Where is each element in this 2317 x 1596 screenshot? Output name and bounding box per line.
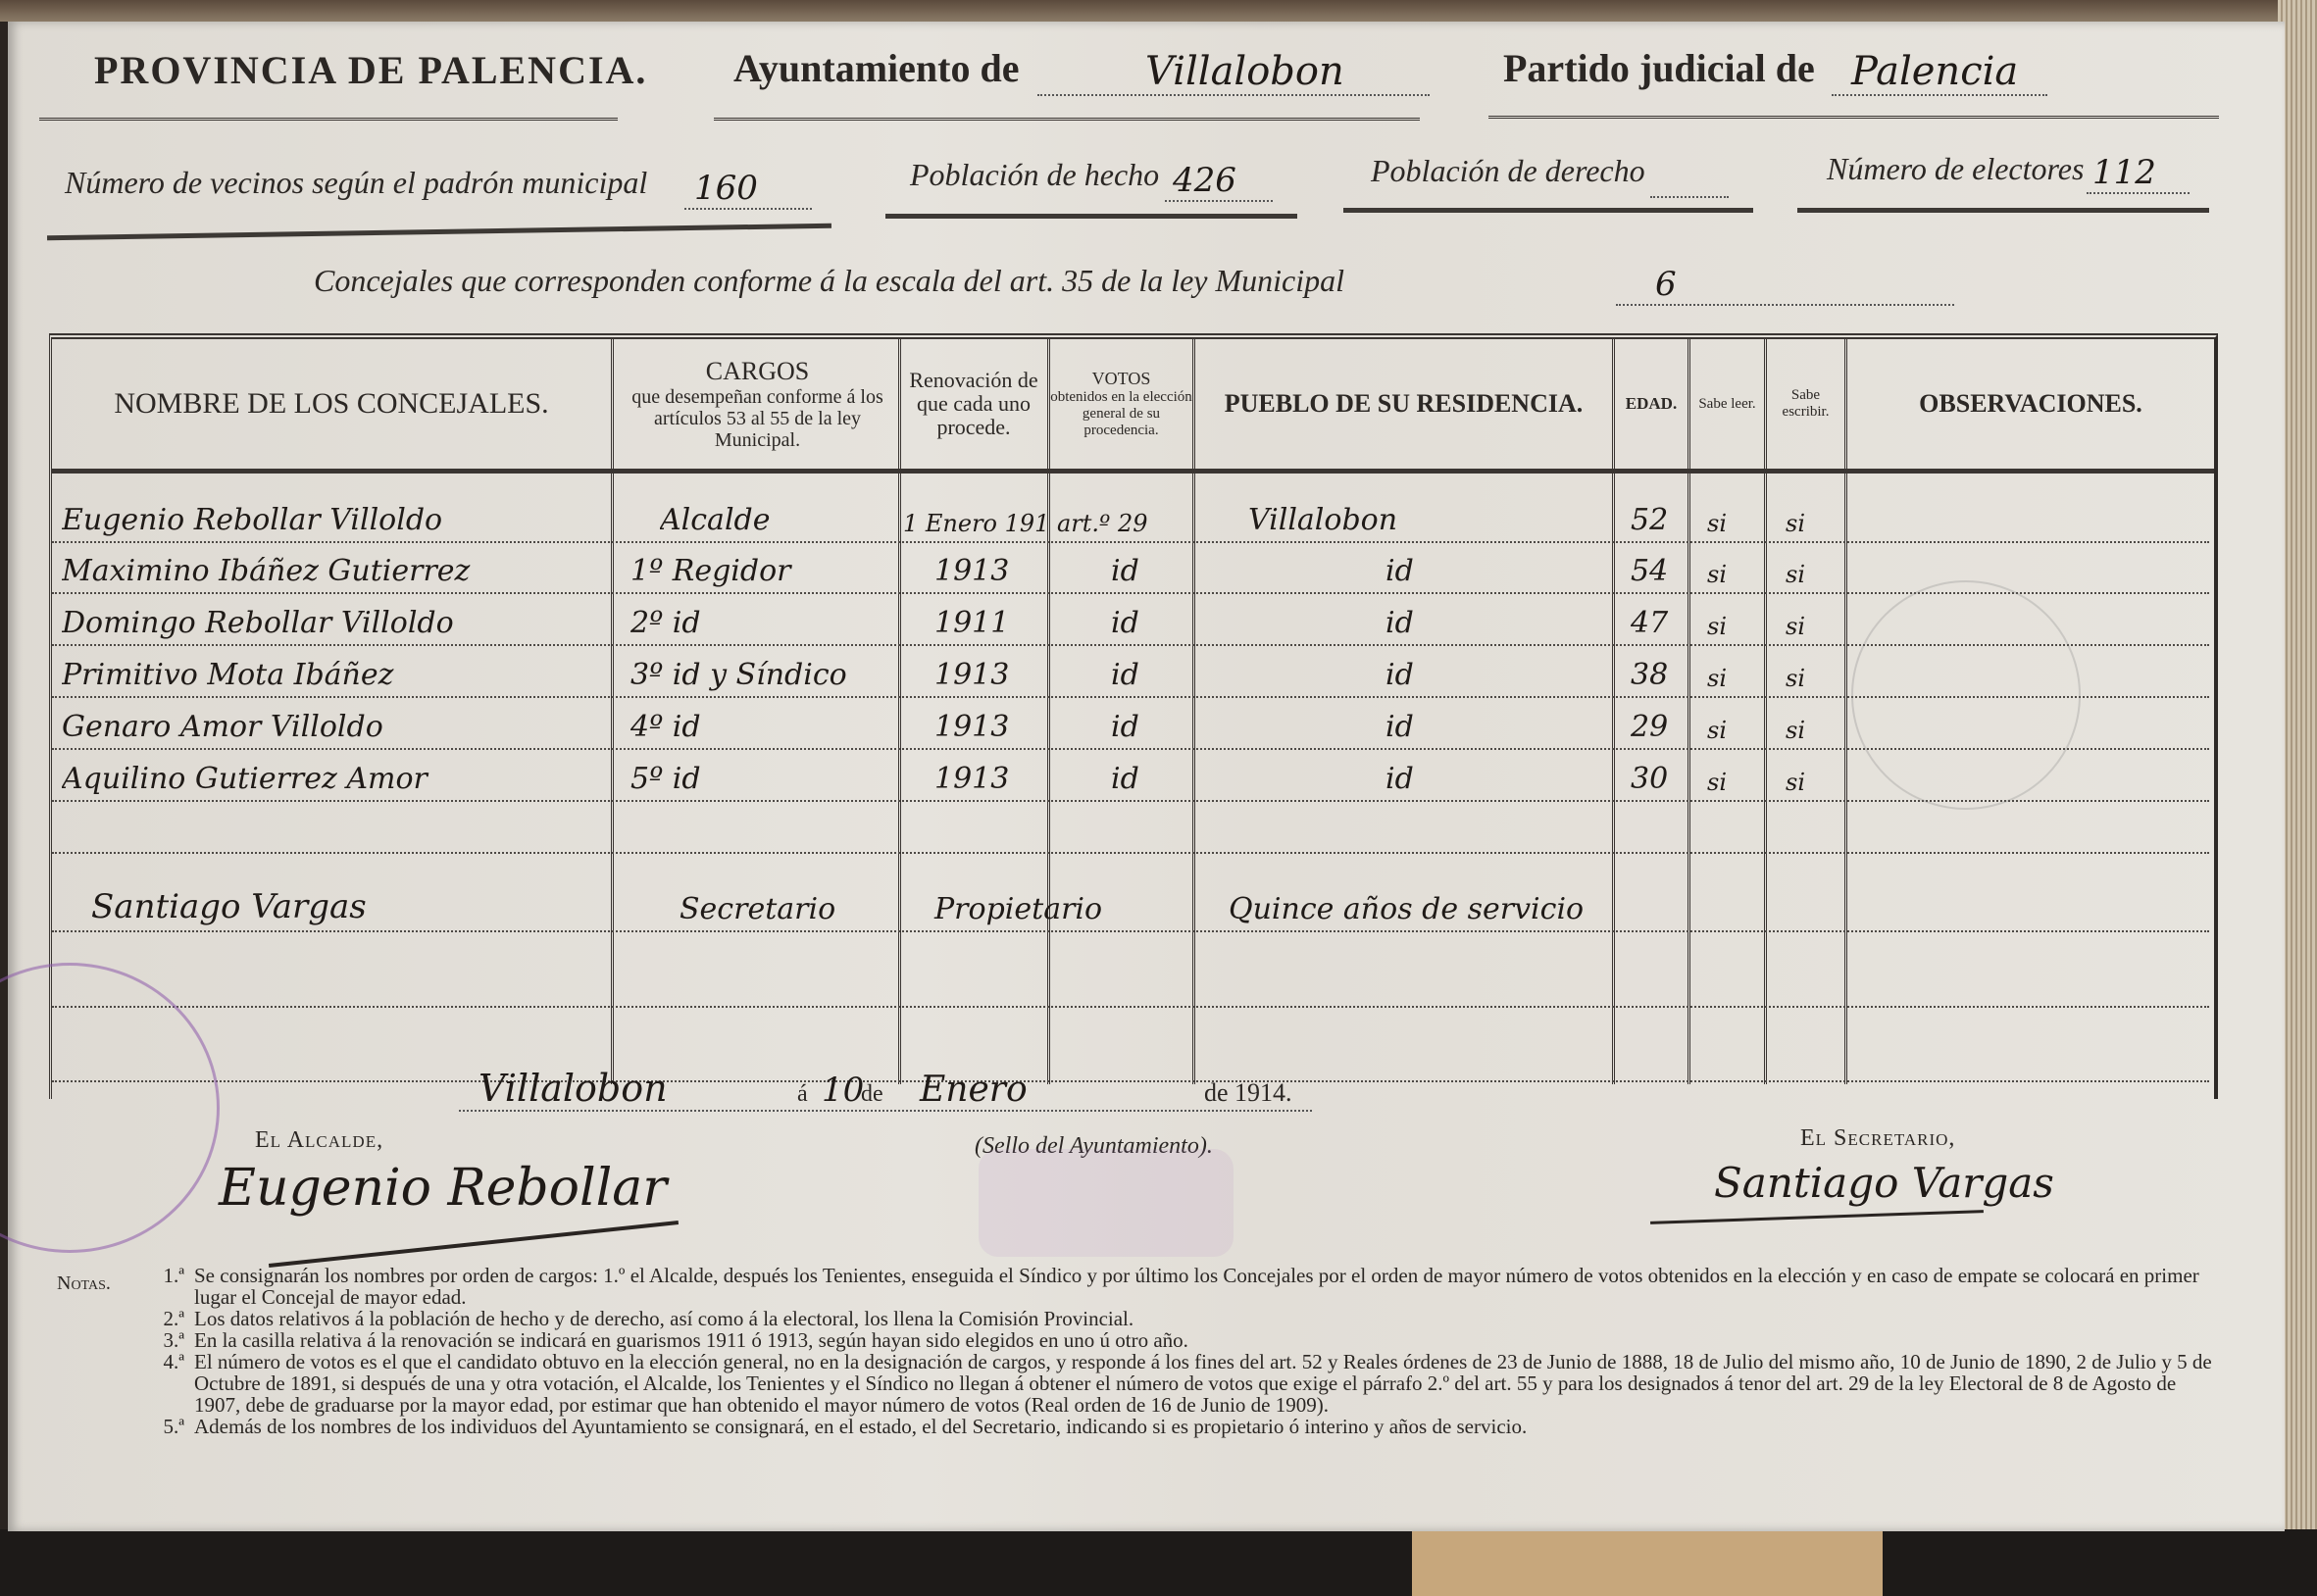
divider xyxy=(1343,208,1753,213)
poblacion-hecho-value: 426 xyxy=(1173,161,1236,200)
poblacion-derecho-field xyxy=(1650,159,1729,198)
partido-field: Palencia xyxy=(1832,51,2047,96)
poblacion-hecho-field: 426 xyxy=(1165,161,1273,202)
header-nombre: NOMBRE DE LOS CONCEJALES. xyxy=(52,339,611,469)
electores-field: 112 xyxy=(2087,153,2190,194)
electores-label: Número de electores xyxy=(1827,151,2084,187)
faded-seal xyxy=(979,1149,1234,1257)
header-cargos-sub: que desempeñan conforme á los artículos … xyxy=(617,386,898,451)
ayuntamiento-value: Villalobon xyxy=(1145,49,1344,94)
cell-pueblo: Quince años de servicio xyxy=(1229,892,1601,926)
date-month: Enero xyxy=(920,1070,1028,1110)
divider xyxy=(47,224,831,241)
vecinos-value: 160 xyxy=(694,169,758,208)
header-votos: VOTOS obtenidos en la elección general d… xyxy=(1050,339,1192,469)
ayuntamiento-label: Ayuntamiento de xyxy=(733,45,1019,91)
vecinos-field: 160 xyxy=(684,169,812,210)
header-escribir: Sabe escribir. xyxy=(1767,339,1844,469)
table-row: Santiago Vargas Secretario Propietario Q… xyxy=(52,864,2209,932)
header-votos-title: VOTOS xyxy=(1092,369,1151,389)
book-binding-bottom xyxy=(0,1529,2317,1596)
divider xyxy=(39,118,618,125)
divider xyxy=(1797,208,2209,213)
notes: Notas. 1.ªSe consignarán los nombres por… xyxy=(67,1265,2224,1437)
note-item: 2.ªLos datos relativos á la población de… xyxy=(67,1308,2224,1329)
province-title: PROVINCIA DE PALENCIA. xyxy=(94,47,647,93)
cell-renovacion: Propietario xyxy=(934,892,1180,926)
header-pueblo: PUEBLO DE SU RESIDENCIA. xyxy=(1195,339,1612,469)
divider xyxy=(885,214,1297,219)
date-year: de 1914. xyxy=(1204,1078,1292,1108)
alcalde-signature: Eugenio Rebollar xyxy=(219,1159,667,1218)
ayuntamiento-field: Villalobon xyxy=(1037,51,1430,96)
note-item: 5.ªAdemás de los nombres de los individu… xyxy=(67,1416,2224,1437)
concejales-field: 6 xyxy=(1616,267,1954,306)
header-divider xyxy=(52,469,2214,474)
partido-value: Palencia xyxy=(1851,49,2018,94)
signature-flourish xyxy=(1650,1210,1984,1224)
vecinos-label: Número de vecinos según el padrón munici… xyxy=(65,165,647,201)
paper-tab xyxy=(1412,1529,1883,1596)
header-votos-sub: obtenidos en la elección general de su p… xyxy=(1050,389,1192,439)
note-item: 1.ªSe consignarán los nombres por orden … xyxy=(67,1265,2224,1308)
date-place: Villalobon xyxy=(479,1067,668,1110)
book-binding-top xyxy=(0,0,2317,22)
poblacion-hecho-label: Población de hecho xyxy=(910,157,1159,193)
table-row xyxy=(52,939,2209,1008)
poblacion-derecho-label: Población de derecho xyxy=(1371,153,1645,189)
secretario-label: El Secretario, xyxy=(1800,1125,1955,1152)
date-line: Villalobon á 10 de Enero de 1914. xyxy=(459,1069,1312,1112)
cell-nombre: Santiago Vargas xyxy=(91,887,601,926)
table-row xyxy=(52,785,2209,854)
header-renovacion: Renovación de que cada uno procede. xyxy=(901,339,1046,469)
date-day: 10 xyxy=(822,1071,864,1110)
divider xyxy=(1488,116,2219,123)
notes-label: Notas. xyxy=(57,1272,111,1294)
header-edad: EDAD. xyxy=(1615,339,1687,469)
partido-label: Partido judicial de xyxy=(1503,45,1815,91)
header-observaciones: OBSERVACIONES. xyxy=(1847,339,2214,469)
cell-cargo: Secretario xyxy=(680,892,895,926)
electores-value: 112 xyxy=(2092,153,2156,192)
signature-flourish xyxy=(269,1221,679,1268)
date-a: á xyxy=(797,1081,808,1108)
faded-stamp xyxy=(1851,580,2081,810)
header-leer: Sabe leer. xyxy=(1690,339,1764,469)
header-cargos: CARGOS que desempeñan conforme á los art… xyxy=(617,339,898,469)
alcalde-label: El Alcalde, xyxy=(255,1127,383,1154)
concejales-label: Concejales que corresponden conforme á l… xyxy=(314,263,1344,299)
secretario-signature: Santiago Vargas xyxy=(1714,1159,2054,1207)
document-page: PROVINCIA DE PALENCIA. Ayuntamiento de V… xyxy=(8,22,2285,1531)
note-item: 3.ªEn la casilla relativa á la renovació… xyxy=(67,1329,2224,1351)
divider xyxy=(714,118,1420,125)
note-item: 4.ªEl número de votos es el que el candi… xyxy=(67,1351,2224,1416)
date-de: de xyxy=(861,1081,883,1108)
header-cargos-title: CARGOS xyxy=(706,357,809,386)
concejales-value: 6 xyxy=(1655,265,1677,304)
